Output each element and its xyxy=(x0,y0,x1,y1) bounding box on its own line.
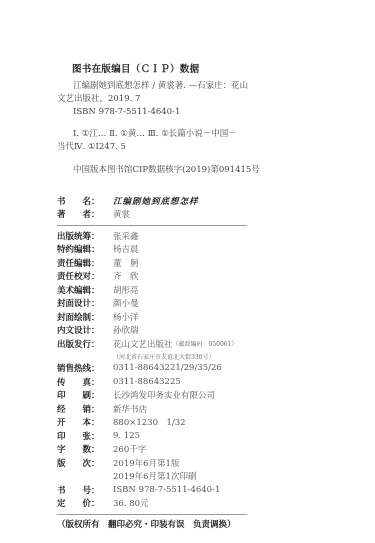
publisher-address-row: （河北省石家庄市友谊北大街330号） xyxy=(57,351,307,362)
sales-hotline-label: 销售热线： xyxy=(57,362,113,374)
credit-label: 出版统筹： xyxy=(57,230,113,242)
format-value: 880×1230 1/32 xyxy=(113,416,186,428)
cip-record: 江编剧她到底想怎样 / 黄裳著. —石家庄：花山 文艺出版社，2019. 7 I… xyxy=(57,80,317,177)
publisher-label: 出版发行： xyxy=(57,338,113,350)
price-label: 定 价： xyxy=(57,497,113,509)
credit-value: 齐 欣 xyxy=(113,270,139,282)
cip-classification-cont: 当代Ⅳ. ①I247. 5 xyxy=(57,141,317,154)
divider xyxy=(57,225,247,226)
copyright-notice: （版权所有 翻印必究・印装有误 负责调换） xyxy=(57,518,307,530)
colophon: 书 名： 江编剧她到底想怎样 著 者： 黄裳 出版统筹： 张采鑫 特约编辑： 杨… xyxy=(57,194,307,530)
credit-value: 杨小洋 xyxy=(113,311,139,323)
author-value: 黄裳 xyxy=(113,208,130,220)
detail-row: 销售热线： 0311-88643221/29/35/26 xyxy=(57,362,307,376)
credit-row: 责任编辑： 董 舸 xyxy=(57,256,307,270)
credit-value: 杨吉晨 xyxy=(113,243,139,255)
cip-classification: Ⅰ. ①江… Ⅱ. ①黄… Ⅲ. ①长篇小说－中国－ xyxy=(57,128,317,141)
publisher-postcode: （邮政编码：050061） xyxy=(173,339,238,348)
cip-approval-number: 中国版本图书馆CIP数据核字(2019)第091415号 xyxy=(57,164,317,177)
credit-value: 颜小曼 xyxy=(113,297,139,309)
credit-row: 责任校对： 齐 欣 xyxy=(57,270,307,284)
credit-row: 内文设计： 孙欣瑞 xyxy=(57,324,307,338)
price-value: 36. 80元 xyxy=(113,497,149,509)
credit-row: 美术编辑： 胡彤亮 xyxy=(57,283,307,297)
detail-row: 印 刷： 长沙鸿发印务实业有限公司 xyxy=(57,389,307,403)
printer-value: 长沙鸿发印务实业有限公司 xyxy=(113,389,215,401)
credit-value: 胡彤亮 xyxy=(113,284,139,296)
isbn-label: 书 号： xyxy=(57,484,113,496)
fax-value: 0311-88643225 xyxy=(113,377,181,387)
credit-row: 封面设计： 颜小曼 xyxy=(57,297,307,311)
distributor-label: 经 销： xyxy=(57,403,113,415)
price-row: 定 价： 36. 80元 xyxy=(57,497,307,511)
book-title-value: 江编剧她到底想怎样 xyxy=(113,195,199,207)
credit-label: 美术编辑： xyxy=(57,284,113,296)
credit-label: 封面绘制： xyxy=(57,311,113,323)
book-title-label: 书 名： xyxy=(57,195,113,207)
word-count-label: 字 数： xyxy=(57,443,113,455)
edition-value: 2019年6月第1版 xyxy=(113,457,179,469)
credit-row: 特约编辑： 杨吉晨 xyxy=(57,243,307,257)
detail-row: 版 次： 2019年6月第1版 xyxy=(57,456,307,470)
detail-row: 传 真： 0311-88643225 xyxy=(57,375,307,389)
credit-label: 内文设计： xyxy=(57,324,113,336)
sheets-value: 9. 125 xyxy=(113,431,140,441)
credit-row: 出版统筹： 张采鑫 xyxy=(57,229,307,243)
credit-label: 封面设计： xyxy=(57,297,113,309)
credit-value: 张采鑫 xyxy=(113,230,139,242)
printing-value: 2019年6月第1次印刷 xyxy=(113,470,196,482)
fax-label: 传 真： xyxy=(57,376,113,388)
word-count-value: 260千字 xyxy=(113,443,146,455)
cip-line: 江编剧她到底想怎样 / 黄裳著. —石家庄：花山 xyxy=(57,80,317,93)
isbn-value: ISBN 978-7-5511-4640-1 xyxy=(113,485,220,495)
isbn-row: 书 号： ISBN 978-7-5511-4640-1 xyxy=(57,483,307,497)
format-label: 开 本： xyxy=(57,416,113,428)
divider xyxy=(57,514,247,515)
publisher-address: （河北省石家庄市友谊北大街330号） xyxy=(113,352,214,361)
publisher-row: 出版发行： 花山文艺出版社 （邮政编码：050061） xyxy=(57,337,307,351)
author-row: 著 者： 黄裳 xyxy=(57,208,307,222)
author-label: 著 者： xyxy=(57,208,113,220)
distributor-value: 新华书店 xyxy=(113,403,147,415)
detail-row: 字 数： 260千字 xyxy=(57,443,307,457)
credit-row: 封面绘制： 杨小洋 xyxy=(57,310,307,324)
credit-value: 孙欣瑞 xyxy=(113,324,139,336)
printing-row: 2019年6月第1次印刷 xyxy=(57,470,307,484)
credit-label: 特约编辑： xyxy=(57,243,113,255)
detail-row: 开 本： 880×1230 1/32 xyxy=(57,416,307,430)
sales-hotline-value: 0311-88643221/29/35/26 xyxy=(113,363,222,373)
credit-label: 责任编辑： xyxy=(57,257,113,269)
book-title-row: 书 名： 江编剧她到底想怎样 xyxy=(57,194,307,208)
cip-heading: 图书在版编目（ＣＩＰ）数据 xyxy=(72,61,199,75)
detail-row: 印 张： 9. 125 xyxy=(57,429,307,443)
cip-line: 文艺出版社，2019. 7 xyxy=(57,93,317,106)
credit-label: 责任校对： xyxy=(57,270,113,282)
detail-row: 经 销： 新华书店 xyxy=(57,402,307,416)
credit-value: 董 舸 xyxy=(113,257,139,269)
publisher-value: 花山文艺出版社 xyxy=(113,338,173,350)
printer-label: 印 刷： xyxy=(57,389,113,401)
cip-isbn: ISBN 978-7-5511-4640-1 xyxy=(57,106,317,119)
edition-label: 版 次： xyxy=(57,457,113,469)
sheets-label: 印 张： xyxy=(57,430,113,442)
